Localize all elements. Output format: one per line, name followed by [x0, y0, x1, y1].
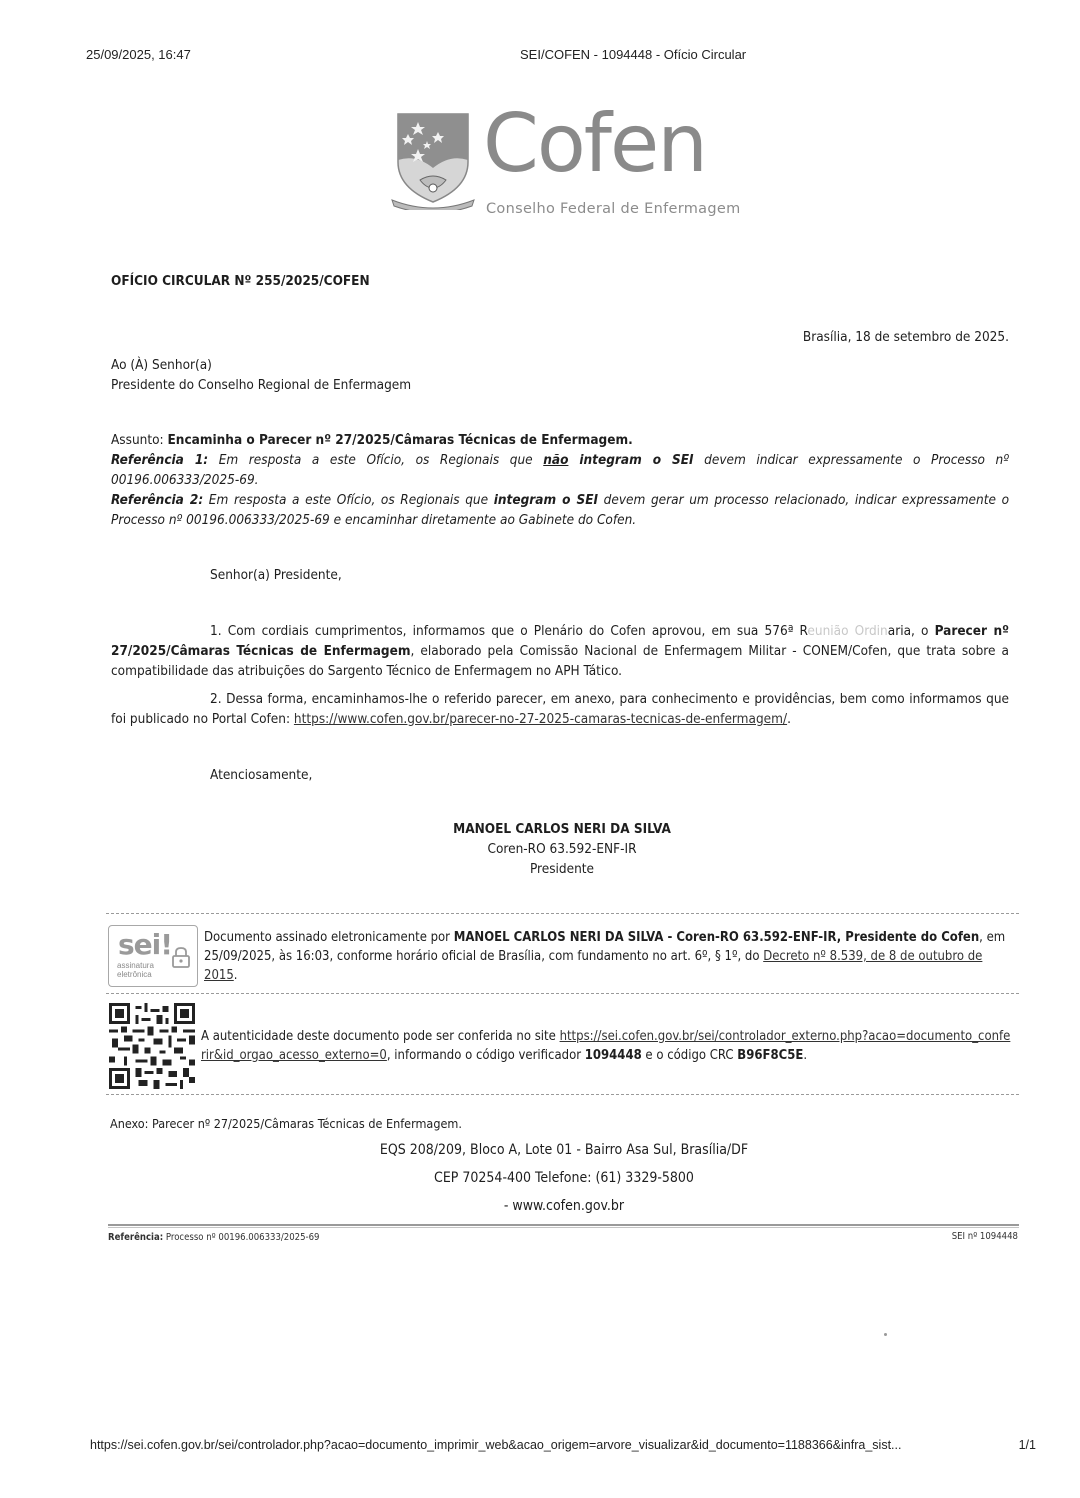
page-number: 1/1 [1019, 1438, 1036, 1452]
signature-block: MANOEL CARLOS NERI DA SILVA Coren-RO 63.… [362, 819, 762, 879]
reference-2: Referência 2: Em resposta a este Ofício,… [111, 490, 1009, 530]
divider [106, 1094, 1019, 1095]
scan-speck [884, 1333, 887, 1336]
signer-name: MANOEL CARLOS NERI DA SILVA [362, 819, 762, 839]
subject-text: Encaminha o Parecer nº 27/2025/Câmaras T… [168, 432, 633, 448]
cofen-coat-of-arms-icon [390, 110, 475, 210]
signer-role: Presidente [362, 859, 762, 879]
print-datetime: 25/09/2025, 16:47 [86, 47, 191, 62]
print-url: https://sei.cofen.gov.br/sei/controlador… [90, 1438, 901, 1452]
subject-line: Assunto: Encaminha o Parecer nº 27/2025/… [111, 430, 1009, 450]
logo-subtitle: Conselho Federal de Enfermagem [486, 201, 741, 217]
process-reference: Referência: Processo nº 00196.006333/202… [108, 1232, 319, 1243]
logo-wordmark: Cofen [483, 97, 706, 190]
print-header: 25/09/2025, 16:47 SEI/COFEN - 1094448 - … [86, 47, 1036, 65]
subject-block: Assunto: Encaminha o Parecer nº 27/2025/… [111, 430, 1009, 530]
address-line-2: CEP 70254-400 Telefone: (61) 3329-5800 [0, 1170, 1080, 1186]
cofen-logo: Cofen Conselho Federal de Enfermagem [385, 105, 745, 220]
footer-divider [108, 1224, 1019, 1228]
oficio-title: OFÍCIO CIRCULAR Nº 255/2025/COFEN [111, 271, 1009, 291]
sei-signature-badge: sei! assinatura eletrônica [108, 925, 198, 987]
address-line-3: - www.cofen.gov.br [0, 1198, 1080, 1214]
addressee-line-2: Presidente do Conselho Regional de Enfer… [111, 375, 1009, 395]
portal-cofen-link[interactable]: https://www.cofen.gov.br/parecer-no-27-2… [294, 711, 787, 727]
lock-icon [171, 946, 191, 968]
divider [106, 913, 1019, 914]
body-paragraphs: 1. Com cordiais cumprimentos, informamos… [111, 621, 1009, 737]
closing: Atenciosamente, [210, 765, 312, 785]
addressee-line-1: Ao (À) Senhor(a) [111, 355, 1009, 375]
redacted-text: eunião Ordin [807, 623, 887, 639]
qr-code-icon [108, 1003, 196, 1089]
authenticity-statement: A autenticidade deste documento pode ser… [201, 1027, 1011, 1065]
paragraph-1: 1. Com cordiais cumprimentos, informamos… [111, 621, 1009, 681]
signer-registration: Coren-RO 63.592-ENF-IR [362, 839, 762, 859]
sei-logo-text: sei! [118, 928, 172, 961]
print-title: SEI/COFEN - 1094448 - Ofício Circular [520, 47, 746, 62]
place-date: Brasília, 18 de setembro de 2025. [111, 327, 1009, 347]
paragraph-2: 2. Dessa forma, encaminhamos-lhe o refer… [111, 689, 1009, 729]
addressee: Ao (À) Senhor(a) Presidente do Conselho … [111, 355, 1009, 395]
verifier-code: 1094448 [585, 1048, 642, 1063]
e-signature-statement: Documento assinado eletronicamente por M… [204, 928, 1009, 985]
address-line-1: EQS 208/209, Bloco A, Lote 01 - Bairro A… [0, 1142, 1080, 1158]
divider [106, 993, 1019, 994]
salutation: Senhor(a) Presidente, [210, 565, 342, 585]
annex-note: Anexo: Parecer nº 27/2025/Câmaras Técnic… [110, 1116, 462, 1131]
sei-number: SEI nº 1094448 [952, 1231, 1018, 1242]
crc-code: B96F8C5E [737, 1048, 803, 1063]
reference-1: Referência 1: Em resposta a este Ofício,… [111, 450, 1009, 490]
